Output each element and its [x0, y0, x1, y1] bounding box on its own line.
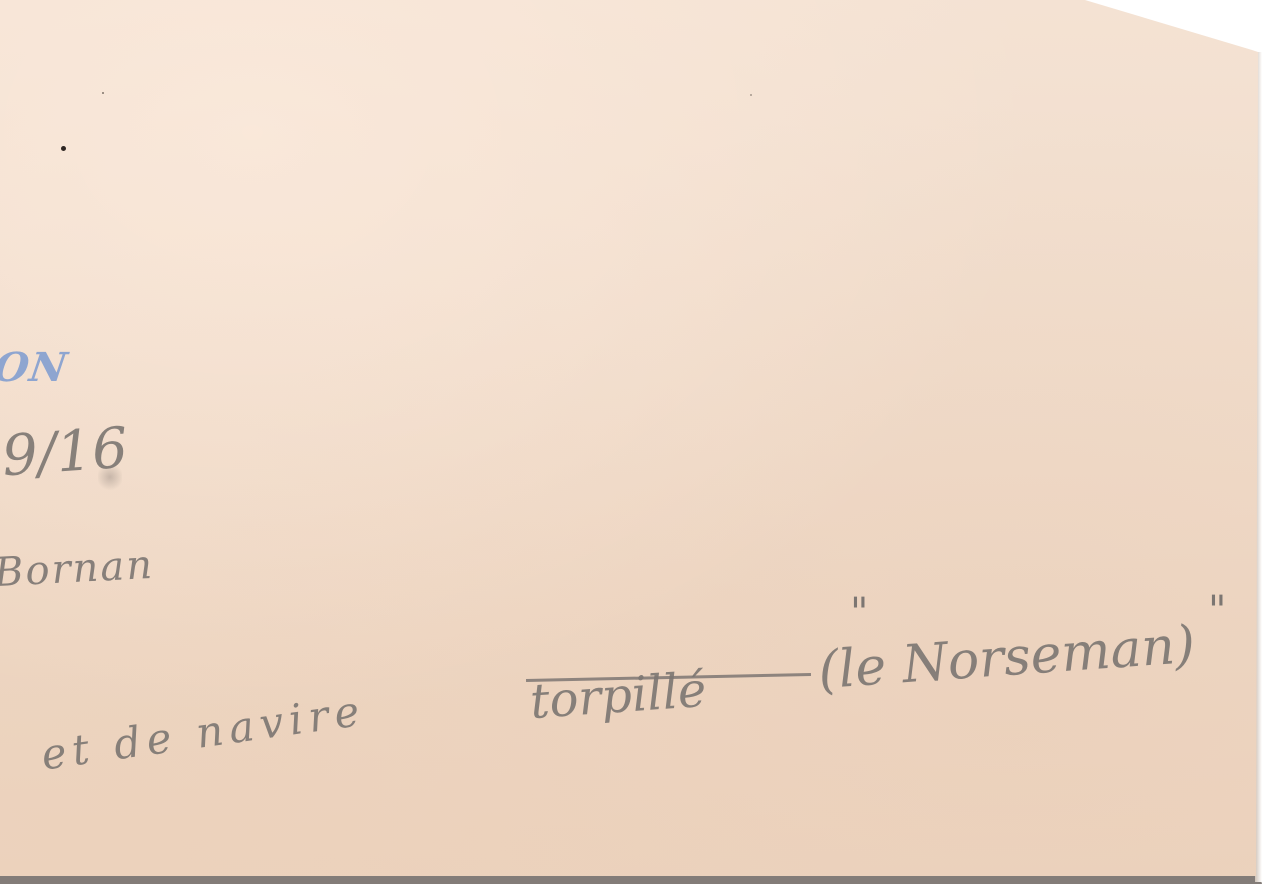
- close-quote-mark: ": [1208, 588, 1226, 634]
- photo-scene: ON 9/16 Bornan et de navire torpillé " (…: [0, 0, 1262, 884]
- open-quote-mark: ": [850, 590, 868, 636]
- blue-ink-stamp: ON: [0, 344, 71, 391]
- paper-speck: [750, 94, 752, 96]
- handwritten-caption-start: et de navire: [38, 686, 368, 780]
- handwritten-struck-word: torpillé: [528, 662, 708, 730]
- aged-paper-card: ON 9/16 Bornan et de navire torpillé " (…: [0, 0, 1262, 884]
- pencil-smudge: [98, 462, 122, 492]
- handwritten-name: Bornan: [0, 542, 155, 596]
- handwritten-ship-name: (le Norseman): [816, 615, 1197, 701]
- paper-speck: [102, 92, 104, 94]
- paper-speck: [61, 146, 66, 151]
